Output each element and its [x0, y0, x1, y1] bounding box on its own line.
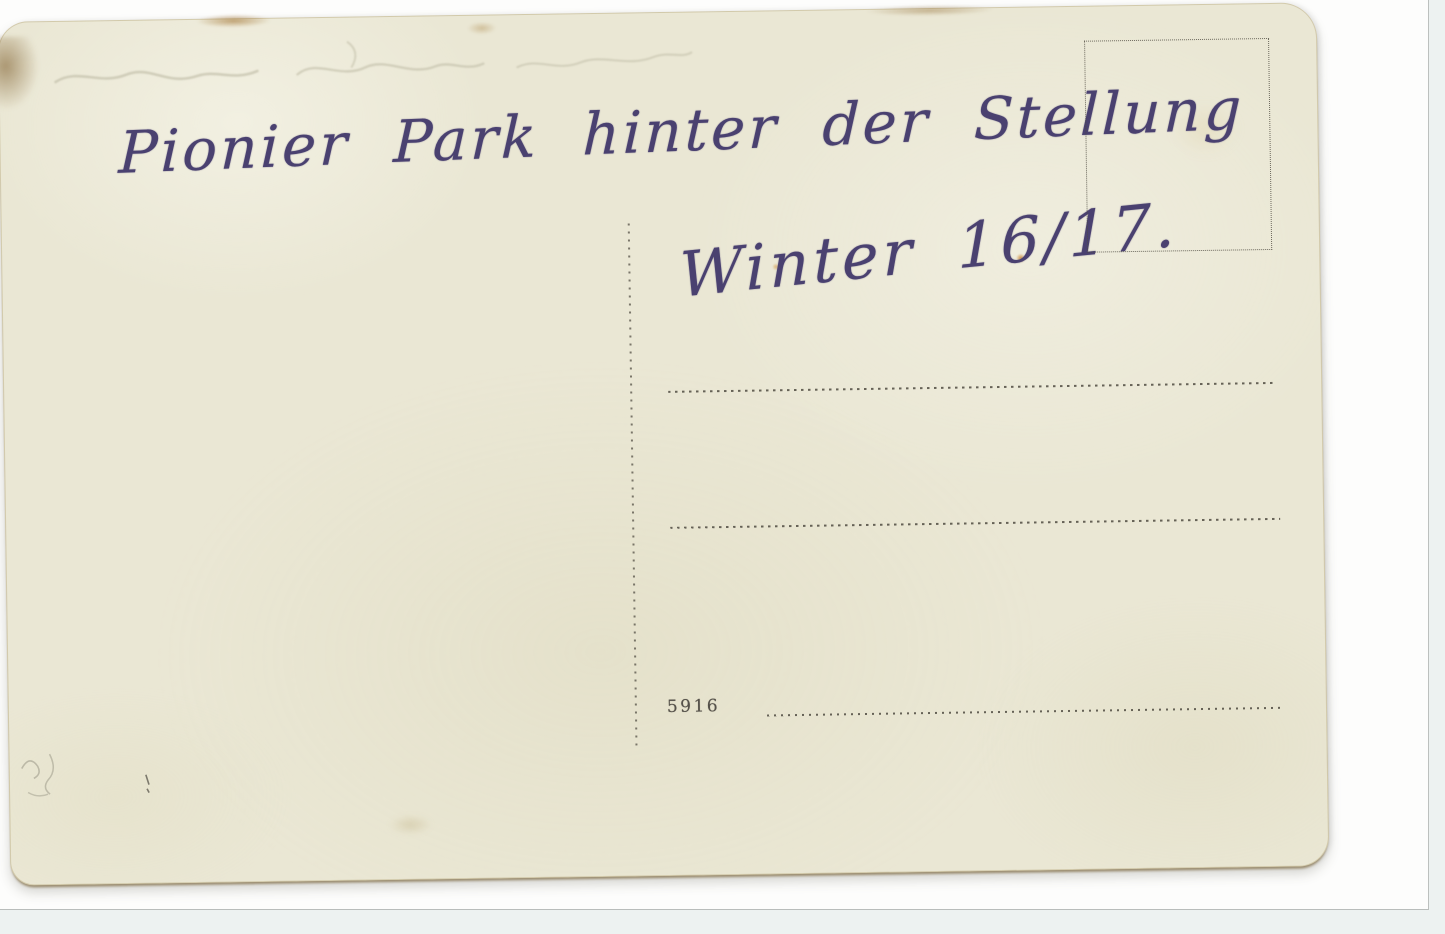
divider-line: [628, 223, 637, 745]
address-line-3: [767, 707, 1285, 717]
faint-pencil-inscription: [47, 28, 698, 108]
pencil-marks-bottom-left: [15, 738, 176, 830]
scanner-edge-bottom: [0, 910, 1445, 934]
address-line-1: [668, 382, 1274, 393]
scanned-postcard-image: Pionier Park hinter der Stellung Winter …: [0, 0, 1445, 934]
scanner-edge-right: [1429, 0, 1445, 934]
stain-top-left-corner: [0, 36, 40, 111]
stain-bottom-blotch: [388, 814, 432, 835]
postcard: Pionier Park hinter der Stellung Winter …: [0, 2, 1329, 885]
stamp-box: [1084, 38, 1272, 253]
address-line-2: [670, 518, 1280, 529]
printed-number: 5916: [667, 696, 721, 717]
